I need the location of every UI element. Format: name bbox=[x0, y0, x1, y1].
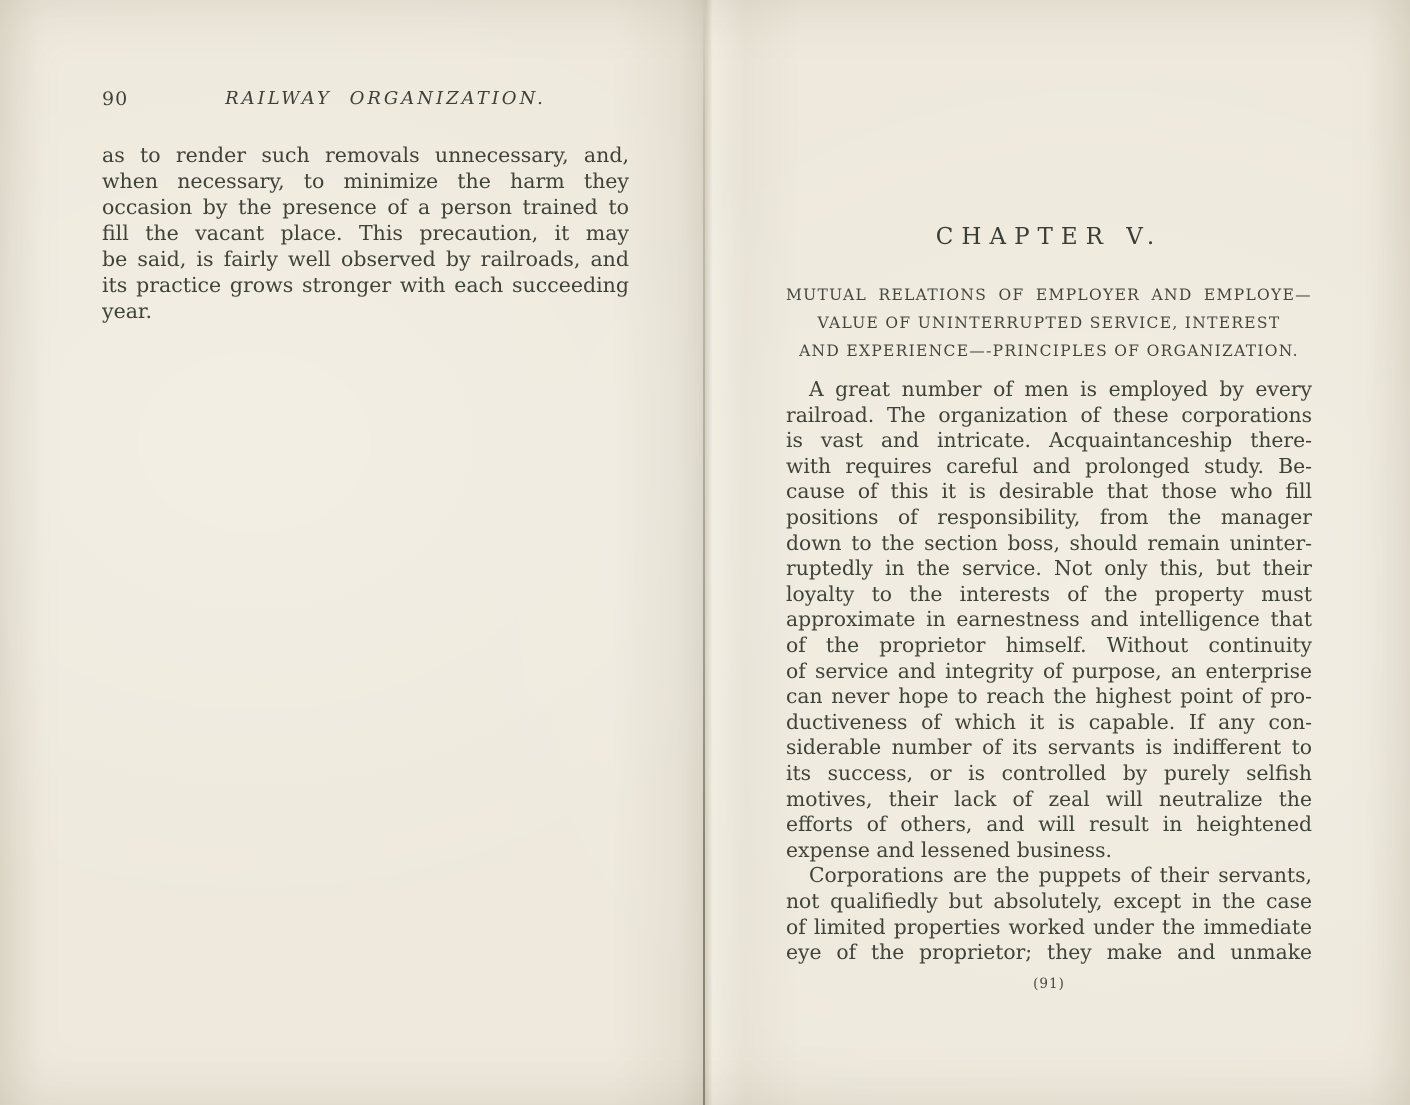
text-line: year. bbox=[102, 298, 629, 324]
text-line: as to render such removals unnecessary, … bbox=[102, 142, 629, 168]
text-line: A great number of men is employed by eve… bbox=[786, 377, 1312, 403]
text-line: fill the vacant place. This precaution, … bbox=[102, 220, 629, 246]
text-line: of the proprietor himself. Without conti… bbox=[786, 633, 1312, 659]
text-line: motives, their lack of zeal will neutral… bbox=[786, 787, 1312, 813]
text-line: ruptedly in the service. Not only this, … bbox=[786, 556, 1312, 582]
text-line: approximate in earnestness and intellige… bbox=[786, 607, 1312, 633]
text-line: occasion by the presence of a person tra… bbox=[102, 194, 629, 220]
text-line: its success, or is controlled by purely … bbox=[786, 761, 1312, 787]
text-line: railroad. The organization of these corp… bbox=[786, 403, 1312, 429]
text-line: Corporations are the puppets of their se… bbox=[786, 863, 1312, 889]
text-line: of service and integrity of purpose, an … bbox=[786, 659, 1312, 685]
page-number-right: (91) bbox=[786, 976, 1312, 992]
text-line: when necessary, to minimize the harm the… bbox=[102, 168, 629, 194]
left-page-paragraph: as to render such removals unnecessary, … bbox=[102, 142, 629, 324]
text-line: down to the section boss, should remain … bbox=[786, 531, 1312, 557]
text-line: ductiveness of which it is capable. If a… bbox=[786, 710, 1312, 736]
text-line: MUTUAL RELATIONS OF EMPLOYER AND EMPLOYE… bbox=[786, 281, 1312, 309]
text-line: cause of this it is desirable that those… bbox=[786, 479, 1312, 505]
text-line: be said, is fairly well observed by rail… bbox=[102, 246, 629, 272]
text-line: with requires careful and prolonged stud… bbox=[786, 454, 1312, 480]
left-page-header: 90 RAILWAY ORGANIZATION. bbox=[102, 88, 629, 114]
book-spread-scan: 90 RAILWAY ORGANIZATION. as to render su… bbox=[0, 0, 1410, 1105]
text-line: efforts of others, and will result in he… bbox=[786, 812, 1312, 838]
text-line: AND EXPERIENCE—-PRINCIPLES OF ORGANIZATI… bbox=[786, 337, 1312, 365]
text-line: of limited properties worked under the i… bbox=[786, 915, 1312, 941]
chapter-subtitle: MUTUAL RELATIONS OF EMPLOYER AND EMPLOYE… bbox=[786, 281, 1312, 365]
chapter-paragraph-2: Corporations are the puppets of their se… bbox=[786, 863, 1312, 965]
text-line: not qualifiedly but absolutely, except i… bbox=[786, 889, 1312, 915]
text-line: siderable number of its servants is indi… bbox=[786, 735, 1312, 761]
running-head: RAILWAY ORGANIZATION. bbox=[142, 88, 629, 109]
right-page: CHAPTER V. MUTUAL RELATIONS OF EMPLOYER … bbox=[700, 0, 1410, 1105]
chapter-heading: CHAPTER V. bbox=[786, 224, 1312, 250]
text-line: is vast and intricate. Acquaintanceship … bbox=[786, 428, 1312, 454]
left-page: 90 RAILWAY ORGANIZATION. as to render su… bbox=[0, 0, 700, 1105]
text-line: positions of responsibility, from the ma… bbox=[786, 505, 1312, 531]
text-line: can never hope to reach the highest poin… bbox=[786, 684, 1312, 710]
text-line: expense and lessened business. bbox=[786, 838, 1312, 864]
text-line: its practice grows stronger with each su… bbox=[102, 272, 629, 298]
page-number-left: 90 bbox=[102, 88, 128, 110]
text-line: VALUE OF UNINTERRUPTED SERVICE, INTEREST bbox=[786, 309, 1312, 337]
text-line: loyalty to the interests of the property… bbox=[786, 582, 1312, 608]
text-line: eye of the proprietor; they make and unm… bbox=[786, 940, 1312, 966]
chapter-paragraph-1: A great number of men is employed by eve… bbox=[786, 377, 1312, 863]
